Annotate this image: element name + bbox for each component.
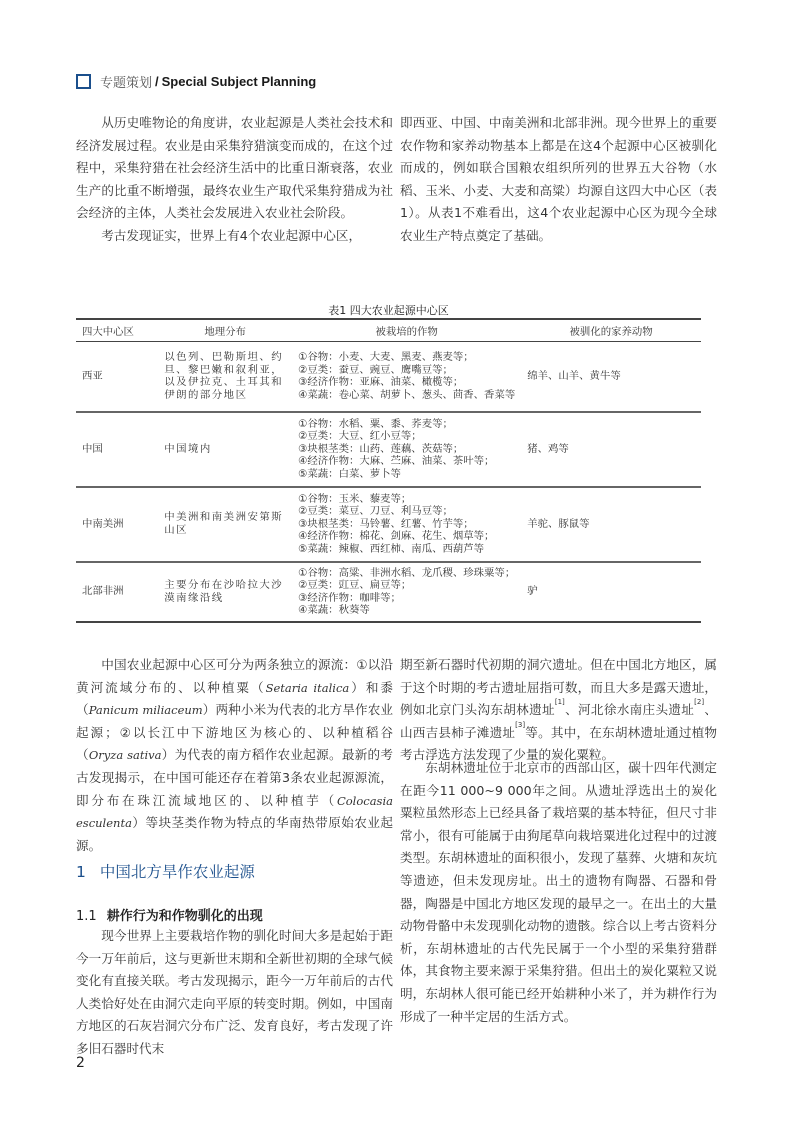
crop-line: ②豆类：豇豆、扁豆等； <box>298 579 515 592</box>
col-header: 地理分布 <box>158 319 292 342</box>
table-row: 西亚 以色列、巴勒斯坦、约旦、黎巴嫩和叙利亚，以及伊拉克、土耳其和伊朗的部分地区… <box>76 342 701 412</box>
table-agri-origin-centers: 四大中心区 地理分布 被栽培的作物 被驯化的家养动物 西亚 以色列、巴勒斯坦、约… <box>76 318 701 623</box>
crop-line: ③经济作物：亚麻、油菜、橄榄等； <box>298 376 515 389</box>
citation-ref[interactable]: [2] <box>694 698 704 706</box>
section-title: 中国北方旱作农业起源 <box>100 863 255 881</box>
crop-line: ④菜蔬：卷心菜、胡萝卜、葱头、茴香、香菜等 <box>298 389 515 402</box>
cell-geo: 中国境内 <box>158 412 292 487</box>
crop-line: ⑤菜蔬：白菜、萝卜等 <box>298 468 515 481</box>
crop-line: ①谷物：高粱、非洲水稻、龙爪稷、珍珠粟等； <box>298 567 515 580</box>
cell-center: 北部非洲 <box>76 562 158 622</box>
crop-line: ①谷物：小麦、大麦、黑麦、燕麦等； <box>298 351 515 364</box>
paragraph: 考古发现证实，世界上有4个农业起源中心区， <box>76 225 393 248</box>
cell-crops: ①谷物：小麦、大麦、黑麦、燕麦等； ②豆类：蚕豆、豌豆、鹰嘴豆等； ③经济作物：… <box>292 342 521 412</box>
page-number: 2 <box>76 1055 85 1071</box>
cell-animals: 猪、鸡等 <box>521 412 701 487</box>
col-header: 四大中心区 <box>76 319 158 342</box>
header-section-cn: 专题策划 <box>100 72 152 91</box>
cell-crops: ①谷物：高粱、非洲水稻、龙爪稷、珍珠粟等； ②豆类：豇豆、扁豆等； ③经济作物：… <box>292 562 521 622</box>
intro-right-column: 即西亚、中国、中南美洲和北部非洲。现今世界上的重要农作物和家养动物基本上都是在这… <box>400 112 717 248</box>
citation-ref[interactable]: [1] <box>555 698 565 706</box>
paragraph: 期至新石器时代初期的洞穴遗址。但在中国北方地区，属于这个时期的考古遗址屈指可数，… <box>400 654 717 767</box>
header-separator: / <box>155 74 159 89</box>
crop-line: ③经济作物：咖啡等； <box>298 592 515 605</box>
section-number: 1.1 <box>76 909 97 924</box>
crop-line: ③块根茎类：马铃薯、红薯、竹芋等； <box>298 518 515 531</box>
crop-line: ②豆类：菜豆、刀豆、利马豆等； <box>298 505 515 518</box>
paragraph: 从历史唯物论的角度讲，农业起源是人类社会技术和经济发展过程。农业是由采集狩猎演变… <box>76 112 393 225</box>
cell-animals: 驴 <box>521 562 701 622</box>
citation-ref[interactable]: [3] <box>515 721 525 729</box>
bottom-right-column: 东胡林遗址位于北京市的西部山区，碳十四年代测定在距今11 000~9 000年之… <box>400 757 717 1028</box>
running-header: 专题策划 / Special Subject Planning <box>76 72 316 91</box>
square-icon <box>76 74 91 89</box>
paragraph: 即西亚、中国、中南美洲和北部非洲。现今世界上的重要农作物和家养动物基本上都是在这… <box>400 112 717 248</box>
crop-line: ③块根茎类：山药、莲藕、茨菇等； <box>298 443 515 456</box>
table-row: 中南美洲 中美洲和南美洲安第斯山区 ①谷物：玉米、藜麦等； ②豆类：菜豆、刀豆、… <box>76 487 701 562</box>
cell-geo: 主要分布在沙哈拉大沙漠南缘沿线 <box>158 562 292 622</box>
col-header: 被驯化的家养动物 <box>521 319 701 342</box>
cell-geo: 中美洲和南美洲安第斯山区 <box>158 487 292 562</box>
section-number: 1 <box>76 863 86 881</box>
crop-line: ①谷物：玉米、藜麦等； <box>298 493 515 506</box>
cell-center: 中国 <box>76 412 158 487</box>
mid-right-column: 期至新石器时代初期的洞穴遗址。但在中国北方地区，属于这个时期的考古遗址屈指可数，… <box>400 654 717 767</box>
col-header: 被栽培的作物 <box>292 319 521 342</box>
cell-geo: 以色列、巴勒斯坦、约旦、黎巴嫩和叙利亚，以及伊拉克、土耳其和伊朗的部分地区 <box>158 342 292 412</box>
paragraph: 东胡林遗址位于北京市的西部山区，碳十四年代测定在距今11 000~9 000年之… <box>400 757 717 1028</box>
cell-crops: ①谷物：水稻、粟、黍、荞麦等； ②豆类：大豆、红小豆等； ③块根茎类：山药、莲藕… <box>292 412 521 487</box>
crop-line: ②豆类：蚕豆、豌豆、鹰嘴豆等； <box>298 364 515 377</box>
section-heading-1-1: 1.1耕作行为和作物驯化的出现 <box>76 905 263 924</box>
crop-line: ②豆类：大豆、红小豆等； <box>298 430 515 443</box>
crop-line: ④经济作物：大麻、苎麻、油菜、茶叶等； <box>298 455 515 468</box>
intro-left-column: 从历史唯物论的角度讲，农业起源是人类社会技术和经济发展过程。农业是由采集狩猎演变… <box>76 112 393 248</box>
table-row: 北部非洲 主要分布在沙哈拉大沙漠南缘沿线 ①谷物：高粱、非洲水稻、龙爪稷、珍珠粟… <box>76 562 701 622</box>
section-title: 耕作行为和作物驯化的出现 <box>107 909 263 924</box>
header-section-en: Special Subject Planning <box>162 74 317 89</box>
crop-line: ①谷物：水稻、粟、黍、荞麦等； <box>298 418 515 431</box>
latin-name: Setaria italica <box>266 681 350 695</box>
cell-animals: 羊驼、豚鼠等 <box>521 487 701 562</box>
cell-crops: ①谷物：玉米、藜麦等； ②豆类：菜豆、刀豆、利马豆等； ③块根茎类：马铃薯、红薯… <box>292 487 521 562</box>
cell-animals: 绵羊、山羊、黄牛等 <box>521 342 701 412</box>
cell-center: 中南美洲 <box>76 487 158 562</box>
latin-name: Oryza sativa <box>89 748 162 762</box>
bottom-left-column: 现今世界上主要栽培作物的驯化时间大多是起始于距今一万年前后，这与更新世末期和全新… <box>76 925 393 1061</box>
text-run: 、河北徐水南庄头遗址 <box>565 702 694 717</box>
crop-line: ④菜蔬：秋葵等 <box>298 604 515 617</box>
mid-left-column: 中国农业起源中心区可分为两条独立的源流：①以沿黄河流域分布的、以种植粟（Seta… <box>76 654 393 857</box>
section-heading-1: 1中国北方旱作农业起源 <box>76 860 255 882</box>
table-header-row: 四大中心区 地理分布 被栽培的作物 被驯化的家养动物 <box>76 319 701 342</box>
paragraph: 中国农业起源中心区可分为两条独立的源流：①以沿黄河流域分布的、以种植粟（Seta… <box>76 654 393 857</box>
paragraph: 现今世界上主要栽培作物的驯化时间大多是起始于距今一万年前后，这与更新世末期和全新… <box>76 925 393 1061</box>
crop-line: ④经济作物：棉花、剑麻、花生、烟草等； <box>298 530 515 543</box>
table-caption: 表1 四大农业起源中心区 <box>76 302 701 318</box>
latin-name: Panicum miliaceum <box>89 703 203 717</box>
cell-center: 西亚 <box>76 342 158 412</box>
table-row: 中国 中国境内 ①谷物：水稻、粟、黍、荞麦等； ②豆类：大豆、红小豆等； ③块根… <box>76 412 701 487</box>
crop-line: ⑤菜蔬：辣椒、西红柿、南瓜、西葫芦等 <box>298 543 515 556</box>
